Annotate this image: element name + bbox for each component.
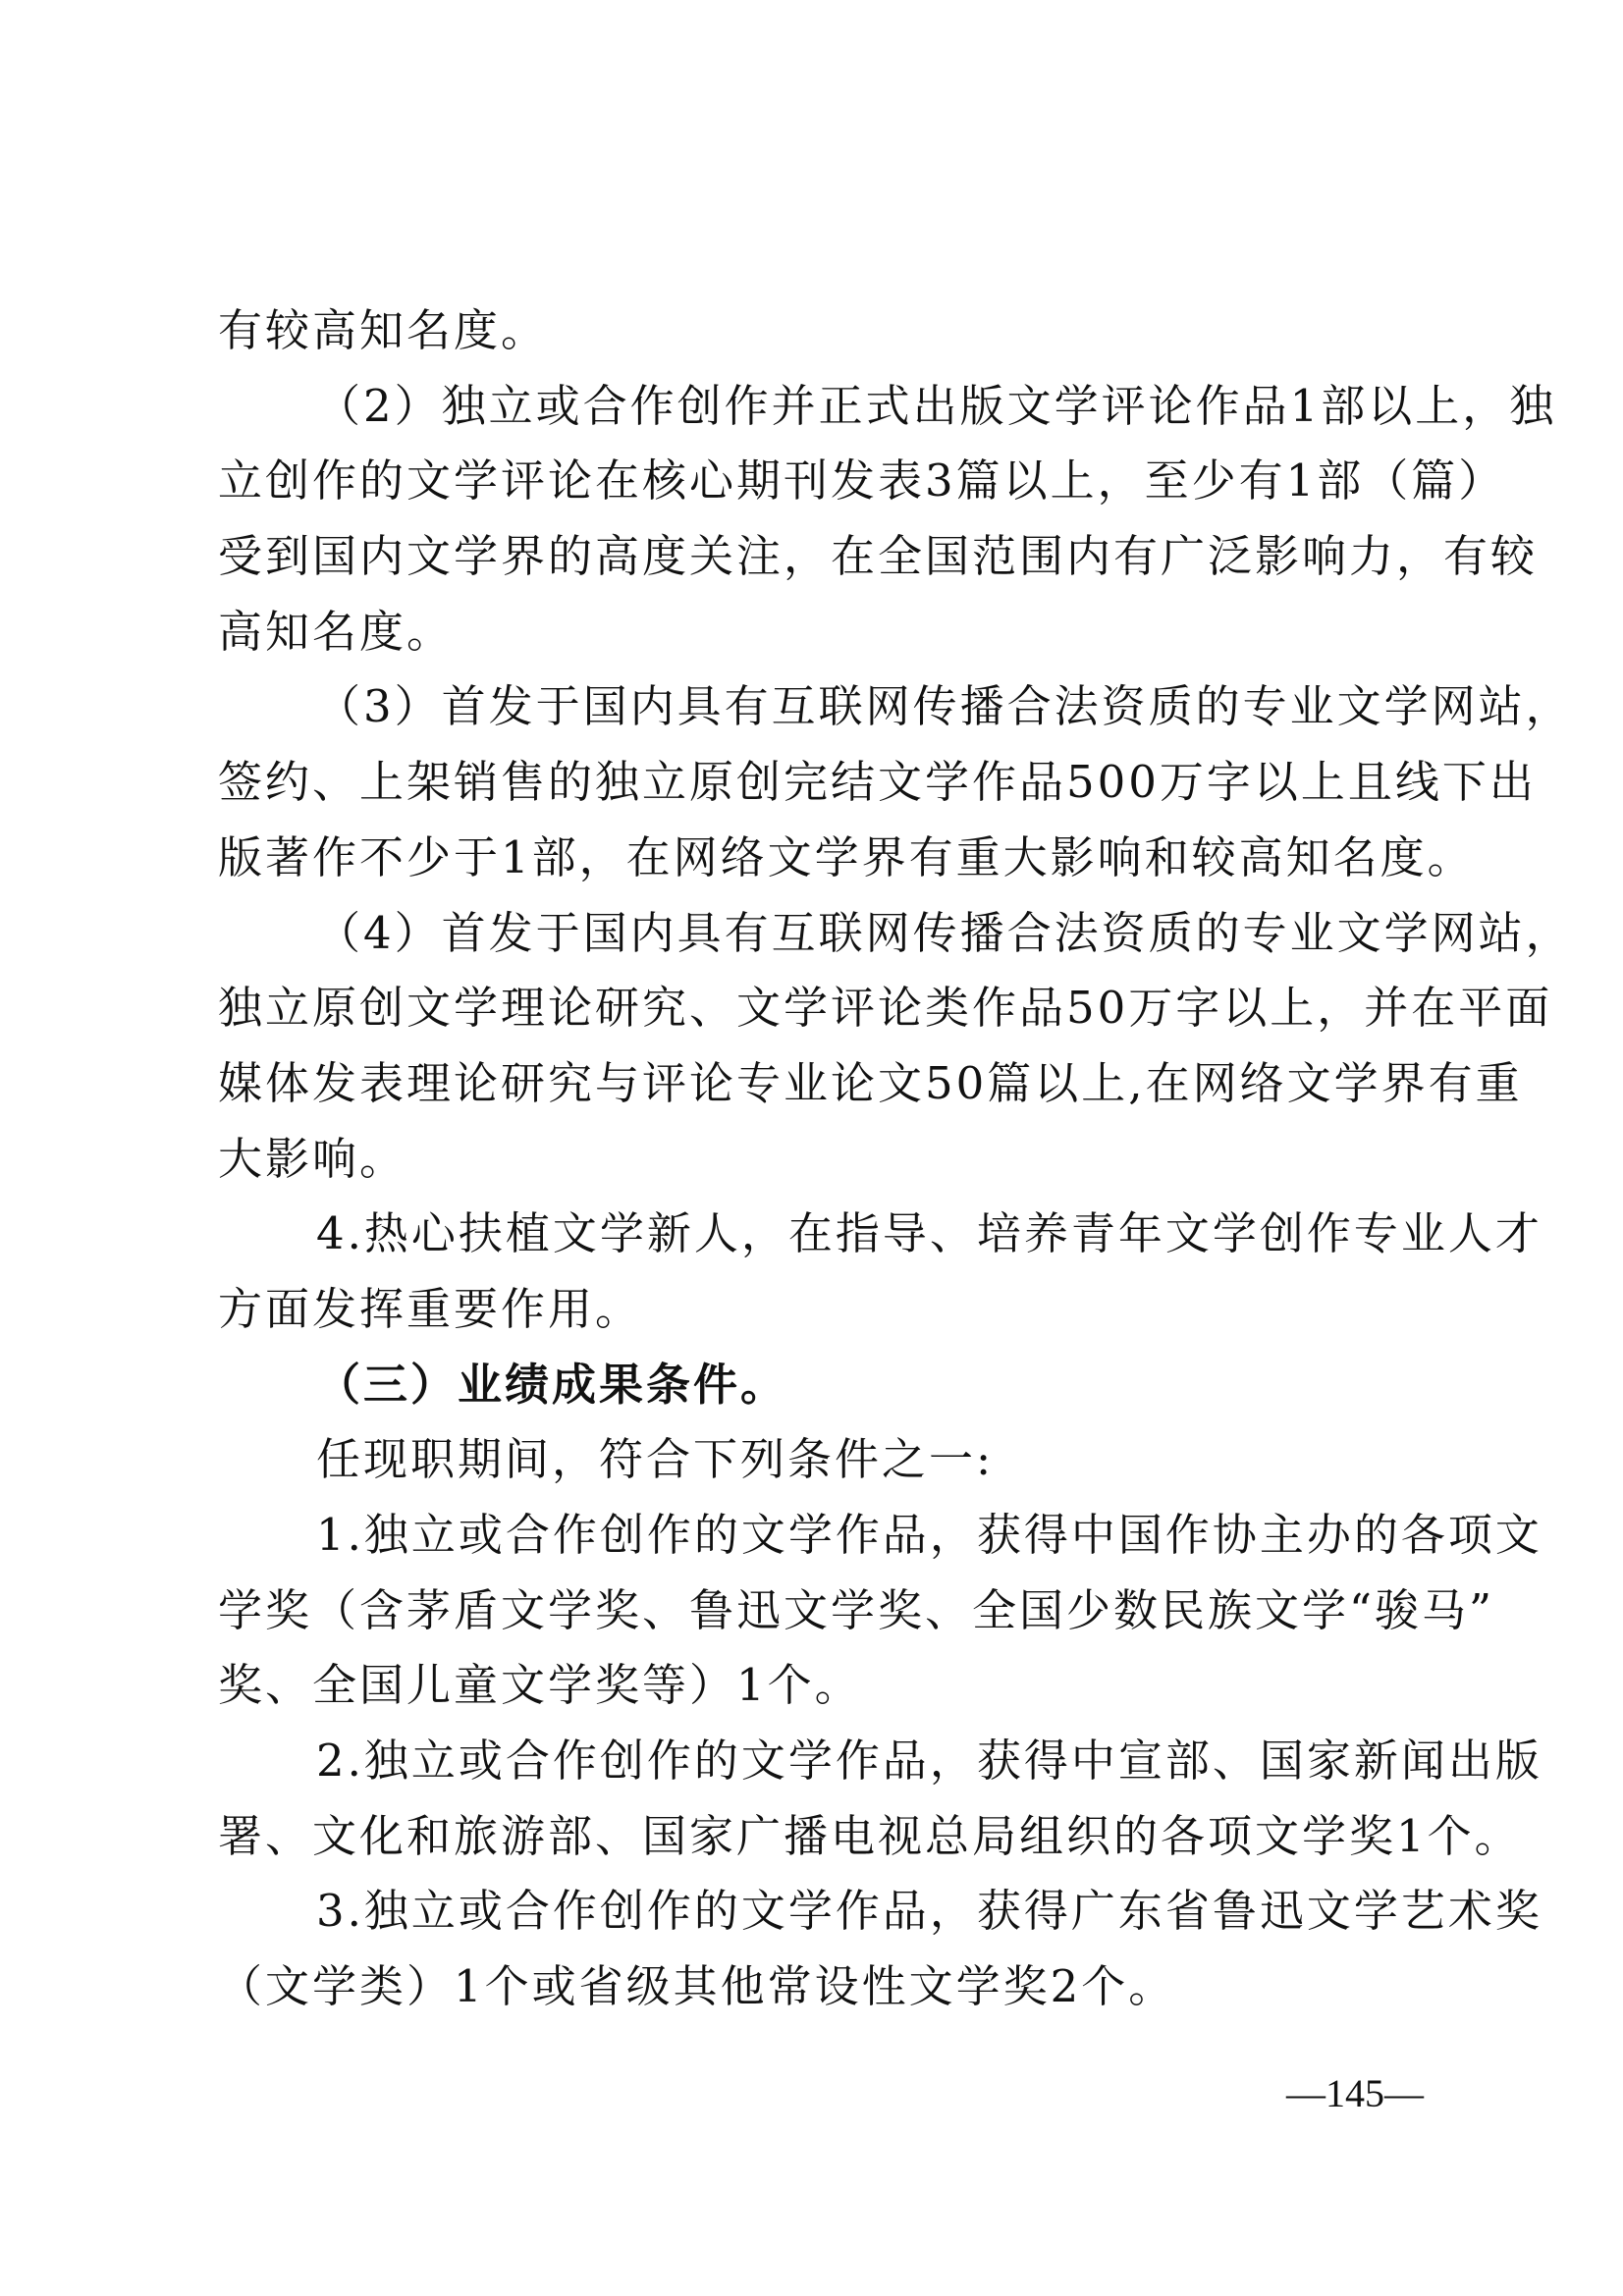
text-line: 签约、上架销售的独立原创完结文学作品500万字以上且线下出: [218, 745, 1426, 821]
text-line: （4）首发于国内具有互联网传播合法资质的专业文学网站，: [218, 896, 1426, 972]
text-line: 媒体发表理论研究与评论专业论文50篇以上,在网络文学界有重: [218, 1046, 1426, 1122]
text-line: （文学类）1个或省级其他常设性文学奖2个。: [218, 1949, 1426, 2025]
text-line: 学奖（含茅盾文学奖、鲁迅文学奖、全国少数民族文学“骏马”: [218, 1574, 1426, 1649]
text-line: 署、文化和旅游部、国家广播电视总局组织的各项文学奖1个。: [218, 1799, 1426, 1875]
text-line: 受到国内文学界的高度关注，在全国范围内有广泛影响力，有较: [218, 519, 1426, 595]
text-line: 奖、全国儿童文学奖等）1个。: [218, 1648, 1426, 1724]
text-line: 立创作的文学评论在核心期刊发表3篇以上，至少有1部（篇）: [218, 444, 1426, 519]
text-line: 任现职期间，符合下列条件之一:: [218, 1422, 1426, 1498]
text-line: 大影响。: [218, 1122, 1426, 1198]
text-line: 有较高知名度。: [218, 294, 1426, 369]
text-line: 3.独立或合作创作的文学作品，获得广东省鲁迅文学艺术奖: [218, 1874, 1426, 1949]
text-line: （2）独立或合作创作并正式出版文学评论作品1部以上，独: [218, 369, 1426, 445]
text-line: 2.独立或合作创作的文学作品，获得中宣部、国家新闻出版: [218, 1724, 1426, 1799]
page-number: —145—: [1286, 2069, 1424, 2118]
text-line: 独立原创文学理论研究、文学评论类作品50万字以上，并在平面: [218, 971, 1426, 1046]
text-line: （3）首发于国内具有互联网传播合法资质的专业文学网站，: [218, 669, 1426, 745]
text-line: 高知名度。: [218, 595, 1426, 670]
text-line: 4.热心扶植文学新人，在指导、培养青年文学创作专业人才: [218, 1197, 1426, 1272]
text-line: 1.独立或合作创作的文学作品，获得中国作协主办的各项文: [218, 1498, 1426, 1574]
text-line: 方面发挥重要作用。: [218, 1272, 1426, 1348]
section-heading: （三）业绩成果条件。: [218, 1348, 1426, 1423]
text-line: 版著作不少于1部，在网络文学界有重大影响和较高知名度。: [218, 821, 1426, 896]
body-text: 有较高知名度。 （2）独立或合作创作并正式出版文学评论作品1部以上，独 立创作的…: [218, 294, 1426, 2025]
document-page: 有较高知名度。 （2）独立或合作创作并正式出版文学评论作品1部以上，独 立创作的…: [0, 0, 1623, 2296]
